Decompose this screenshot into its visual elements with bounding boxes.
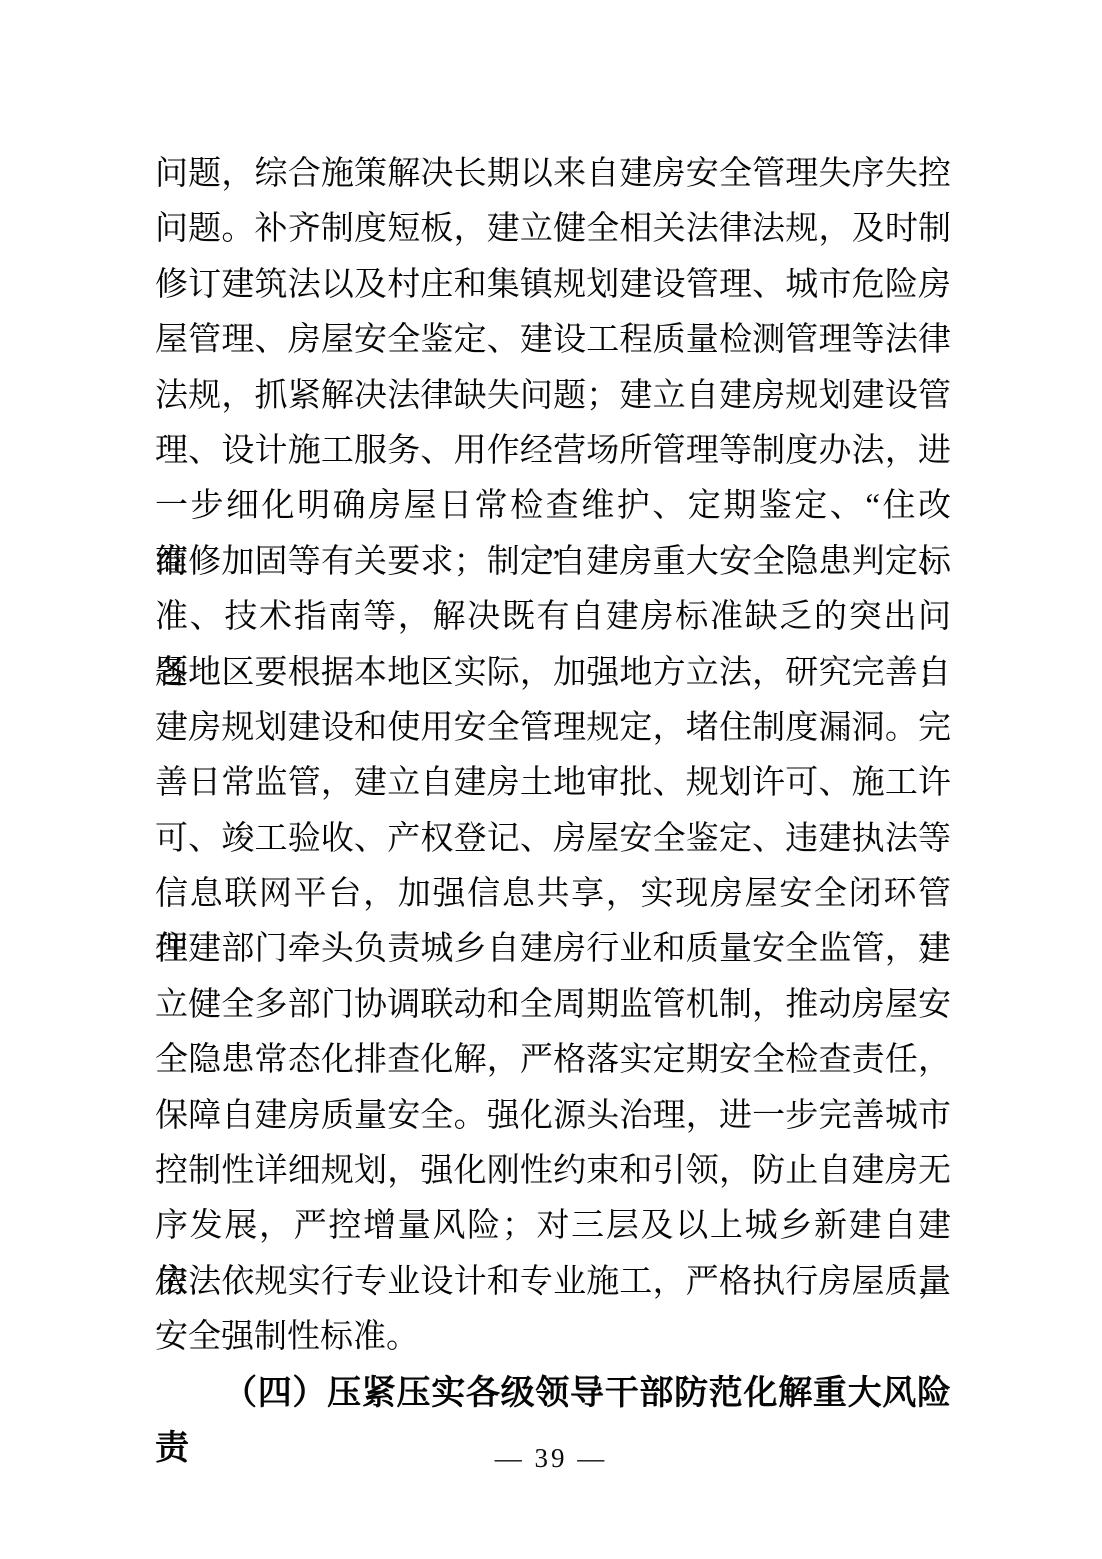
body-text-line: 立健全多部门协调联动和全周期监管机制，推动房屋安 xyxy=(155,978,951,1033)
body-text-line: 安全强制性标准。 xyxy=(155,1310,951,1365)
body-text: 问题，综合施策解决长期以来自建房安全管理失序失控 问题。补齐制度短板，建立健全相… xyxy=(155,147,951,1421)
body-text-line: 各地区要根据本地区实际，加强地方立法，研究完善自 xyxy=(155,646,951,701)
body-text-line: 序发展，严控增量风险；对三层及以上城乡新建自建房， xyxy=(155,1199,951,1254)
body-text-line: 理、设计施工服务、用作经营场所管理等制度办法，进 xyxy=(155,424,951,479)
body-text-line: 全隐患常态化排查化解，严格落实定期安全检查责任， xyxy=(155,1033,951,1088)
body-text-line: 可、竣工验收、产权登记、房屋安全鉴定、违建执法等 xyxy=(155,812,951,867)
body-text-line: 控制性详细规划，强化刚性约束和引领，防止自建房无 xyxy=(155,1144,951,1199)
body-text-line: 善日常监管，建立自建房土地审批、规划许可、施工许 xyxy=(155,756,951,811)
body-text-line: 问题，综合施策解决长期以来自建房安全管理失序失控 xyxy=(155,147,951,202)
body-text-line: 维修加固等有关要求；制定自建房重大安全隐患判定标 xyxy=(155,535,951,590)
body-text-line: 法规，抓紧解决法律缺失问题；建立自建房规划建设管 xyxy=(155,369,951,424)
body-text-line: 建房规划建设和使用安全管理规定，堵住制度漏洞。完 xyxy=(155,701,951,756)
body-text-line: 问题。补齐制度短板，建立健全相关法律法规，及时制 xyxy=(155,202,951,257)
body-text-line: 一步细化明确房屋日常检查维护、定期鉴定、“住改商”、 xyxy=(155,479,951,534)
body-text-line: 保障自建房质量安全。强化源头治理，进一步完善城市 xyxy=(155,1089,951,1144)
page-number: — 39 — xyxy=(0,1443,1102,1473)
body-text-line: 信息联网平台，加强信息共享，实现房屋安全闭环管理； xyxy=(155,867,951,922)
body-text-line: 准、技术指南等，解决既有自建房标准缺乏的突出问题； xyxy=(155,590,951,645)
body-text-line: 屋管理、房屋安全鉴定、建设工程质量检测管理等法律 xyxy=(155,313,951,368)
body-text-line: 依法依规实行专业设计和专业施工，严格执行房屋质量 xyxy=(155,1255,951,1310)
section-heading: （四）压紧压实各级领导干部防范化解重大风险责 xyxy=(155,1366,951,1421)
body-text-line: 住建部门牵头负责城乡自建房行业和质量安全监管，建 xyxy=(155,922,951,977)
body-text-line: 修订建筑法以及村庄和集镇规划建设管理、城市危险房 xyxy=(155,258,951,313)
document-page: 问题，综合施策解决长期以来自建房安全管理失序失控 问题。补齐制度短板，建立健全相… xyxy=(0,0,1102,1559)
